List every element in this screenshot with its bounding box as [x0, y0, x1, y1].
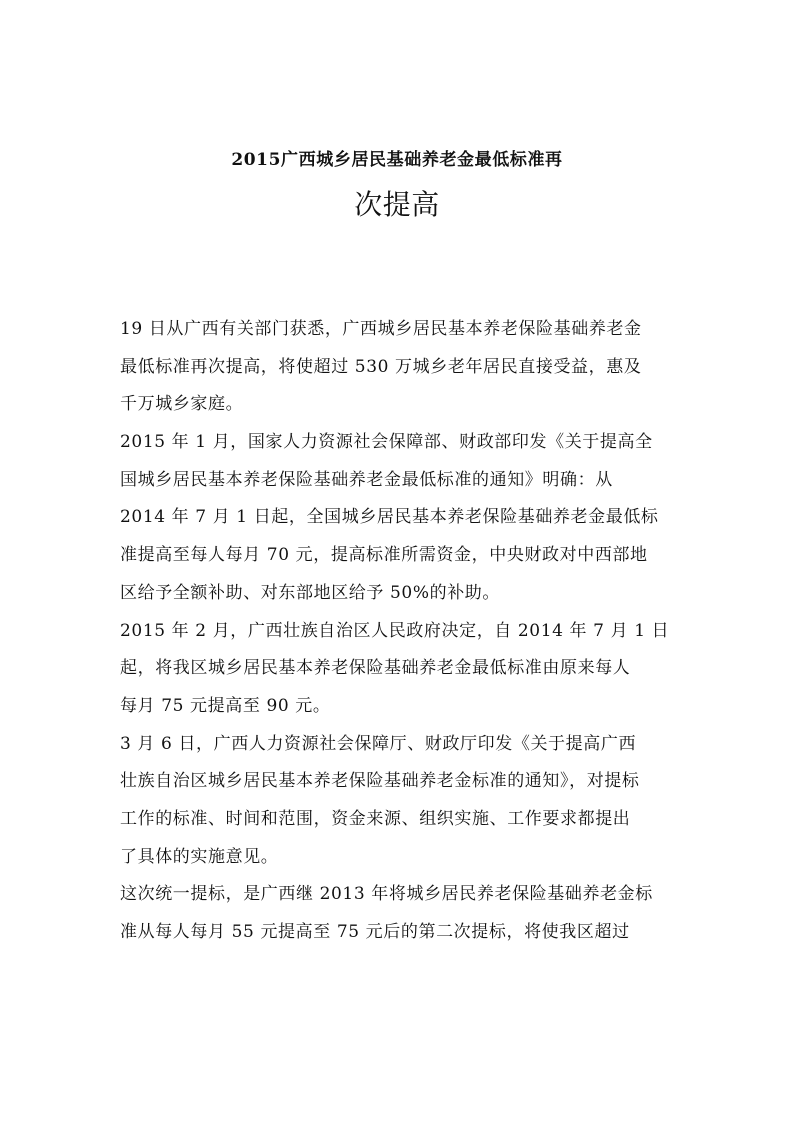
text-line: 3 月 6 日，广西人力资源社会保障厅、财政厅印发《关于提高广西: [120, 726, 680, 764]
document-page: 2015广西城乡居民基础养老金最低标准再 次提高 19 日从广西有关部门获悉，广…: [0, 0, 794, 1123]
title-line: 次提高: [100, 180, 694, 230]
text-line: 了具体的实施意见。: [120, 839, 680, 877]
text-line: 起，将我区城乡居民基本养老保险基础养老金最低标准由原来每人: [120, 650, 680, 688]
document-body: 19 日从广西有关部门获悉，广西城乡居民基本养老保险基础养老金 最低标准再次提高…: [120, 311, 680, 952]
text-line: 国城乡居民基本养老保险基础养老金最低标准的通知》明确：从: [120, 462, 680, 500]
text-line: 工作的标准、时间和范围，资金来源、组织实施、工作要求都提出: [120, 801, 680, 839]
text-line: 2015 年 1 月，国家人力资源社会保障部、财政部印发《关于提高全: [120, 424, 680, 462]
text-line: 2015 年 2 月，广西壮族自治区人民政府决定，自 2014 年 7 月 1 …: [120, 613, 680, 651]
text-line: 准提高至每人每月 70 元，提高标准所需资金，中央财政对中西部地: [120, 537, 680, 575]
paragraph: 2015 年 1 月，国家人力资源社会保障部、财政部印发《关于提高全 国城乡居民…: [120, 424, 680, 612]
text-line: 这次统一提标，是广西继 2013 年将城乡居民养老保险基础养老金标: [120, 876, 680, 914]
title-line: 2015广西城乡居民基础养老金最低标准再: [100, 142, 694, 180]
text-line: 19 日从广西有关部门获悉，广西城乡居民基本养老保险基础养老金: [120, 311, 680, 349]
paragraph: 19 日从广西有关部门获悉，广西城乡居民基本养老保险基础养老金 最低标准再次提高…: [120, 311, 680, 424]
text-line: 千万城乡家庭。: [120, 386, 680, 424]
document-title: 2015广西城乡居民基础养老金最低标准再 次提高: [100, 142, 694, 230]
paragraph: 2015 年 2 月，广西壮族自治区人民政府决定，自 2014 年 7 月 1 …: [120, 613, 680, 726]
paragraph: 3 月 6 日，广西人力资源社会保障厅、财政厅印发《关于提高广西 壮族自治区城乡…: [120, 726, 680, 877]
text-line: 每月 75 元提高至 90 元。: [120, 688, 680, 726]
paragraph: 这次统一提标，是广西继 2013 年将城乡居民养老保险基础养老金标 准从每人每月…: [120, 876, 680, 951]
text-line: 壮族自治区城乡居民基本养老保险基础养老金标准的通知》，对提标: [120, 763, 680, 801]
text-line: 准从每人每月 55 元提高至 75 元后的第二次提标，将使我区超过: [120, 914, 680, 952]
text-line: 2014 年 7 月 1 日起，全国城乡居民基本养老保险基础养老金最低标: [120, 499, 680, 537]
text-line: 区给予全额补助、对东部地区给予 50%的补助。: [120, 575, 680, 613]
text-line: 最低标准再次提高，将使超过 530 万城乡老年居民直接受益，惠及: [120, 349, 680, 387]
